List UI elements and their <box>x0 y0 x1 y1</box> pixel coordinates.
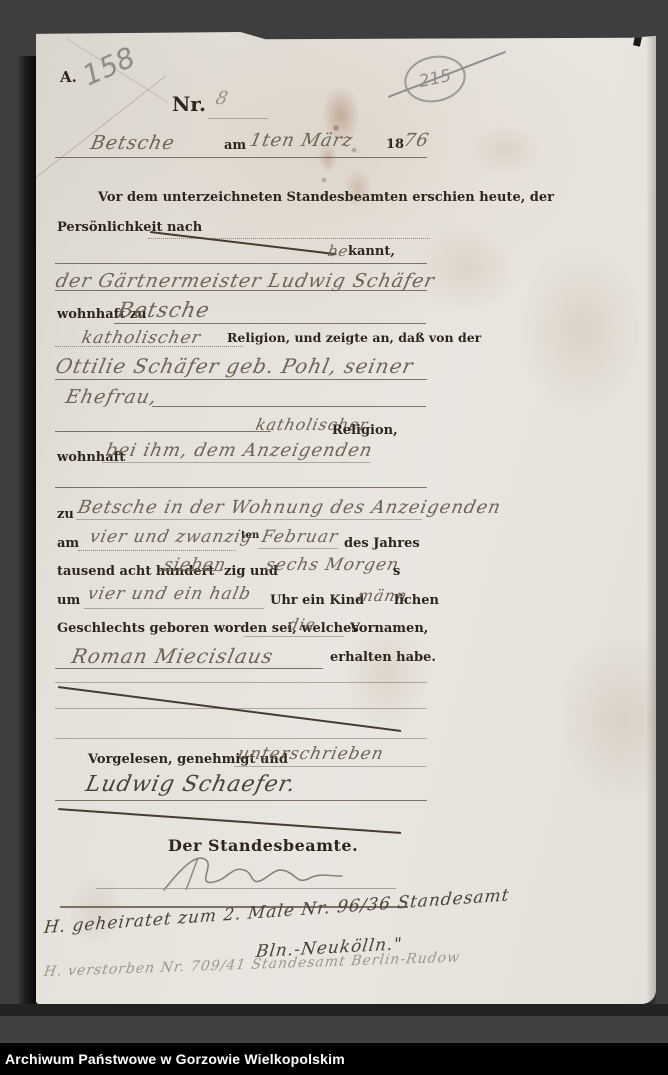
s-printed: s <box>393 564 400 579</box>
registration-date-written: 1ten März <box>248 130 355 151</box>
paper-crease <box>32 75 167 180</box>
register-page: A. 158 215 Nr. 8 Betsche am 1ten März 18… <box>36 30 656 1004</box>
des-jahres-printed: des Jahres <box>344 536 420 551</box>
year-unit-written: sechs Morgen <box>264 555 401 575</box>
intro-line: Vor dem unterzeichneten Standesbeamten e… <box>98 190 554 205</box>
ehefrau-written: Ehefrau, <box>64 386 160 408</box>
birth-month-written: Februar <box>260 527 340 547</box>
birth-day-written: vier und zwanzig <box>88 527 255 547</box>
be-written: be <box>326 242 350 260</box>
scanned-register-photo: A. 158 215 Nr. 8 Betsche am 1ten März 18… <box>0 0 668 1075</box>
nr-value-written: 8 <box>214 88 231 109</box>
religion2-printed: Religion, <box>332 423 398 438</box>
uhr-printed: Uhr ein Kind <box>270 593 364 608</box>
registration-place-written: Betsche <box>89 132 177 154</box>
page-bottom-shadow <box>0 1004 668 1016</box>
zu-label: zu <box>57 507 74 522</box>
decade-written: sieben <box>162 555 228 575</box>
scan-background-strip <box>0 1016 668 1043</box>
annotation-death: H. verstorben Nr. 709/41 Standesamt Berl… <box>43 949 461 980</box>
page-edge-shadow <box>646 30 656 1004</box>
ten-printed: ten <box>241 530 259 541</box>
am2-label: am <box>57 536 79 551</box>
declarant-signature: Ludwig Schaefer. <box>83 772 298 797</box>
archive-name: Archiwum Państwowe w Gorzowie Wielkopols… <box>0 1051 345 1067</box>
kannt-printed: kannt, <box>348 244 395 259</box>
mother-written: Ottilie Schäfer geb. Pohl, seiner <box>53 354 415 378</box>
erhalten-printed: erhalten habe. <box>330 650 436 665</box>
am-label: am <box>224 138 246 153</box>
nr-label: Nr. <box>172 92 206 116</box>
wohnhaft-written: bei ihm, dem Anzeigenden <box>104 440 375 461</box>
child-name-written: Roman Miecislaus <box>69 644 275 668</box>
pencil-page-number: 158 <box>78 41 140 93</box>
archive-caption-bar: Archiwum Państwowe w Gorzowie Wielkopols… <box>0 1043 668 1075</box>
vornamen-printed: Vornamen, <box>350 621 428 636</box>
birthplace-written: Betsche in der Wohnung des Anzeigenden <box>76 497 503 518</box>
persoenlichkeit-label: Persönlichkeit nach <box>57 220 202 235</box>
um-label: um <box>57 593 80 608</box>
blank-strike-line <box>150 231 337 255</box>
year-written: 76 <box>402 130 431 151</box>
time-written: vier und ein halb <box>86 584 253 604</box>
form-corner-letter: A. <box>60 68 77 86</box>
unterschrieben-written: unterschrieben <box>236 744 386 764</box>
religion1-written: katholischer <box>80 328 203 348</box>
declarant-written: der Gärtnermeister Ludwig Schäfer <box>54 270 437 292</box>
residence-written: Betsche <box>115 298 212 322</box>
lichen-printed: lichen <box>394 593 439 608</box>
die-written: die <box>286 615 318 634</box>
corner-nick <box>633 35 642 46</box>
religion1-printed: Religion, und zeigte an, daß von der <box>227 330 481 345</box>
blank-strike-line <box>58 808 401 834</box>
